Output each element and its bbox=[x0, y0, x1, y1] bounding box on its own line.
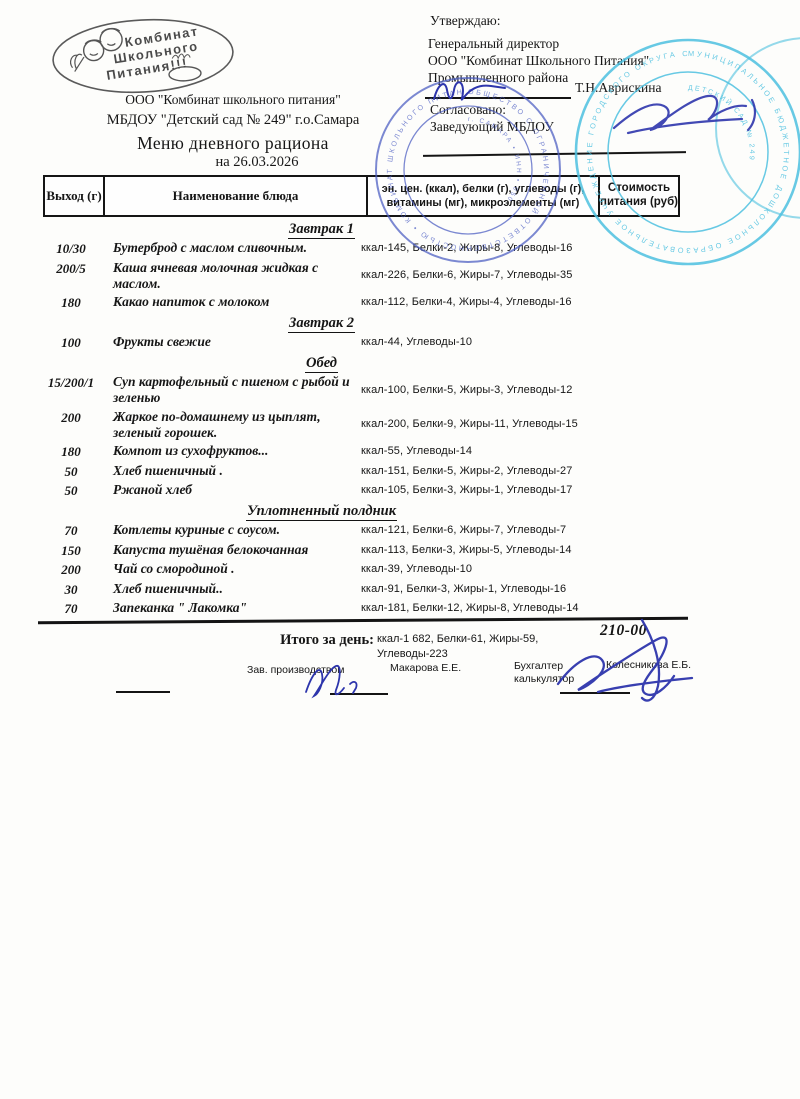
menu-row: 200Чай со смородиной .ккал-39, Углеводы-… bbox=[43, 561, 680, 578]
dish-name: Какао напиток с молоком bbox=[99, 294, 361, 311]
company-logo: Комбинат Школьного Питания!!! bbox=[46, 9, 240, 103]
agreed-signature-line bbox=[423, 151, 686, 157]
menu-row: 50Хлеб пшеничный .ккал-151, Белки-5, Жир… bbox=[43, 463, 680, 480]
totals-nutrition: ккал-1 682, Белки-61, Жиры-59, Углеводы-… bbox=[377, 632, 552, 662]
menu-row: 10/30Бутерброд с маслом сливочным.ккал-1… bbox=[43, 240, 680, 257]
director-title: Генеральный директор bbox=[428, 35, 559, 52]
row-portion: 30 bbox=[43, 581, 99, 598]
page-title: Меню дневного рациона bbox=[33, 133, 433, 154]
column-header-dish: Наименование блюда bbox=[105, 177, 368, 215]
menu-row: 15/200/1Суп картофельный с пшеном с рыбо… bbox=[43, 374, 680, 406]
column-header-cost: Стоимость питания (руб) bbox=[600, 177, 678, 215]
menu-row: 100Фрукты свежиеккал-44, Углеводы-10 bbox=[43, 334, 680, 351]
row-portion: 10/30 bbox=[43, 240, 99, 257]
dish-name: Хлеб пшеничный.. bbox=[99, 581, 361, 598]
row-portion: 70 bbox=[43, 600, 99, 617]
row-portion: 100 bbox=[43, 334, 99, 351]
menu-row: 50Ржаной хлебккал-105, Белки-3, Жиры-1, … bbox=[43, 482, 680, 499]
row-portion: 180 bbox=[43, 443, 99, 460]
dish-name: Хлеб пшеничный . bbox=[99, 463, 361, 480]
svg-text:ДЕТСКИЙ САД № 249: ДЕТСКИЙ САД № 249 bbox=[688, 85, 755, 162]
row-nutrition: ккал-121, Белки-6, Жиры-7, Углеводы-7 bbox=[361, 524, 601, 537]
footer-blank-line bbox=[116, 691, 170, 693]
row-nutrition: ккал-113, Белки-3, Жиры-5, Углеводы-14 bbox=[361, 544, 601, 557]
menu-row: 30Хлеб пшеничный..ккал-91, Белки-3, Жиры… bbox=[43, 581, 680, 598]
section-heading: Уплотненный полдник bbox=[43, 502, 600, 520]
menu-row: 200Жаркое по-домашнему из цыплят, зелены… bbox=[43, 409, 680, 441]
menu-table-body: Завтрак 110/30Бутерброд с маслом сливочн… bbox=[43, 217, 680, 620]
row-nutrition: ккал-226, Белки-6, Жиры-7, Углеводы-35 bbox=[361, 269, 601, 282]
agreed-role: Заведующий МБДОУ bbox=[430, 118, 554, 135]
dish-name: Ржаной хлеб bbox=[99, 482, 361, 499]
row-nutrition: ккал-200, Белки-9, Жиры-11, Углеводы-15 bbox=[361, 418, 601, 431]
production-manager-name: Макарова Е.Е. bbox=[390, 662, 461, 674]
dish-name: Жаркое по-домашнему из цыплят, зеленый г… bbox=[99, 409, 361, 441]
row-portion: 200/5 bbox=[43, 260, 99, 292]
accountant-name: Колесникова Е.Б. bbox=[606, 659, 691, 671]
row-nutrition: ккал-145, Белки-2, Жиры-8, Углеводы-16 bbox=[361, 242, 601, 255]
dish-name: Котлеты куриные с соусом. bbox=[99, 522, 361, 539]
row-nutrition: ккал-39, Углеводы-10 bbox=[361, 563, 601, 576]
column-header-energy: эн. цен. (ккал), белки (г), углеводы (г)… bbox=[368, 177, 600, 215]
agreed-label: Согласовано: bbox=[430, 101, 506, 118]
dish-name: Каша ячневая молочная жидкая с маслом. bbox=[99, 260, 361, 292]
row-nutrition: ккал-100, Белки-5, Жиры-3, Углеводы-12 bbox=[361, 384, 601, 397]
director-name: Т.Н.Аврискина bbox=[575, 79, 661, 96]
row-portion: 70 bbox=[43, 522, 99, 539]
row-nutrition: ккал-55, Углеводы-14 bbox=[361, 445, 601, 458]
menu-row: 180Компот из сухофруктов...ккал-55, Угле… bbox=[43, 443, 680, 460]
agreed-signature bbox=[614, 96, 755, 133]
row-nutrition: ккал-91, Белки-3, Жиры-1, Углеводы-16 bbox=[361, 583, 601, 596]
menu-date: на 26.03.2026 bbox=[33, 154, 433, 171]
row-nutrition: ккал-151, Белки-5, Жиры-2, Углеводы-27 bbox=[361, 465, 601, 478]
accountant-label-1: Бухгалтер bbox=[514, 660, 563, 672]
document-page: Комбинат Школьного Питания!!! Утверждаю:… bbox=[0, 0, 800, 1099]
menu-row: 150Капуста тушёная белокочаннаяккал-113,… bbox=[43, 542, 680, 559]
menu-row: 70Запеканка " Лакомка"ккал-181, Белки-12… bbox=[43, 600, 680, 617]
menu-row: 70Котлеты куриные с соусом.ккал-121, Бел… bbox=[43, 522, 680, 539]
org-line-1: ООО "Комбинат школьного питания" bbox=[33, 92, 433, 108]
row-portion: 200 bbox=[43, 409, 99, 441]
dish-name: Запеканка " Лакомка" bbox=[99, 600, 361, 617]
row-nutrition: ккал-44, Углеводы-10 bbox=[361, 336, 601, 349]
approve-label: Утверждаю: bbox=[430, 12, 501, 29]
edge-round-stamp: ДЕТСКИЙ САД № 249 bbox=[716, 38, 800, 218]
document-header: ООО "Комбинат школьного питания" МБДОУ "… bbox=[33, 92, 433, 171]
dish-name: Фрукты свежие bbox=[99, 334, 361, 351]
section-heading: Завтрак 2 bbox=[43, 314, 600, 332]
row-portion: 50 bbox=[43, 482, 99, 499]
row-portion: 150 bbox=[43, 542, 99, 559]
menu-row: 200/5Каша ячневая молочная жидкая с масл… bbox=[43, 260, 680, 292]
section-heading: Завтрак 1 bbox=[43, 220, 600, 238]
menu-row: 180Какао напиток с молокомккал-112, Белк… bbox=[43, 294, 680, 311]
dish-name: Капуста тушёная белокочанная bbox=[99, 542, 361, 559]
dish-name: Суп картофельный с пшеном с рыбой и зеле… bbox=[99, 374, 361, 406]
kindergarten-stamp-inner-text: ДЕТСКИЙ САД № 249 bbox=[688, 85, 755, 162]
director-district: Промышленного района bbox=[428, 69, 568, 86]
org-line-2: МБДОУ "Детский сад № 249" г.о.Самара bbox=[33, 112, 433, 129]
row-nutrition: ккал-181, Белки-12, Жиры-8, Углеводы-14 bbox=[361, 602, 601, 615]
totals-price: 210-00 bbox=[600, 622, 647, 640]
section-heading: Обед bbox=[43, 354, 600, 372]
whisk-icon bbox=[70, 54, 84, 72]
row-nutrition: ккал-112, Белки-4, Жиры-4, Углеводы-16 bbox=[361, 296, 601, 309]
production-signature-line bbox=[330, 693, 388, 695]
row-portion: 200 bbox=[43, 561, 99, 578]
director-signature-line bbox=[425, 97, 571, 99]
director-company: ООО "Комбинат Школьного Питания" bbox=[428, 52, 649, 69]
accountant-label-2: калькулятор bbox=[514, 673, 574, 685]
row-portion: 15/200/1 bbox=[43, 374, 99, 406]
menu-table-header: Выход (г) Наименование блюда эн. цен. (к… bbox=[43, 175, 680, 217]
dish-name: Компот из сухофруктов... bbox=[99, 443, 361, 460]
dish-name: Бутерброд с маслом сливочным. bbox=[99, 240, 361, 257]
row-portion: 180 bbox=[43, 294, 99, 311]
totals-label: Итого за день: bbox=[232, 632, 374, 649]
accountant-signature-line bbox=[560, 692, 630, 694]
production-manager-label: Зав. производством bbox=[247, 664, 344, 676]
row-nutrition: ккал-105, Белки-3, Жиры-1, Углеводы-17 bbox=[361, 484, 601, 497]
column-header-portion: Выход (г) bbox=[45, 177, 105, 215]
row-portion: 50 bbox=[43, 463, 99, 480]
dish-name: Чай со смородиной . bbox=[99, 561, 361, 578]
